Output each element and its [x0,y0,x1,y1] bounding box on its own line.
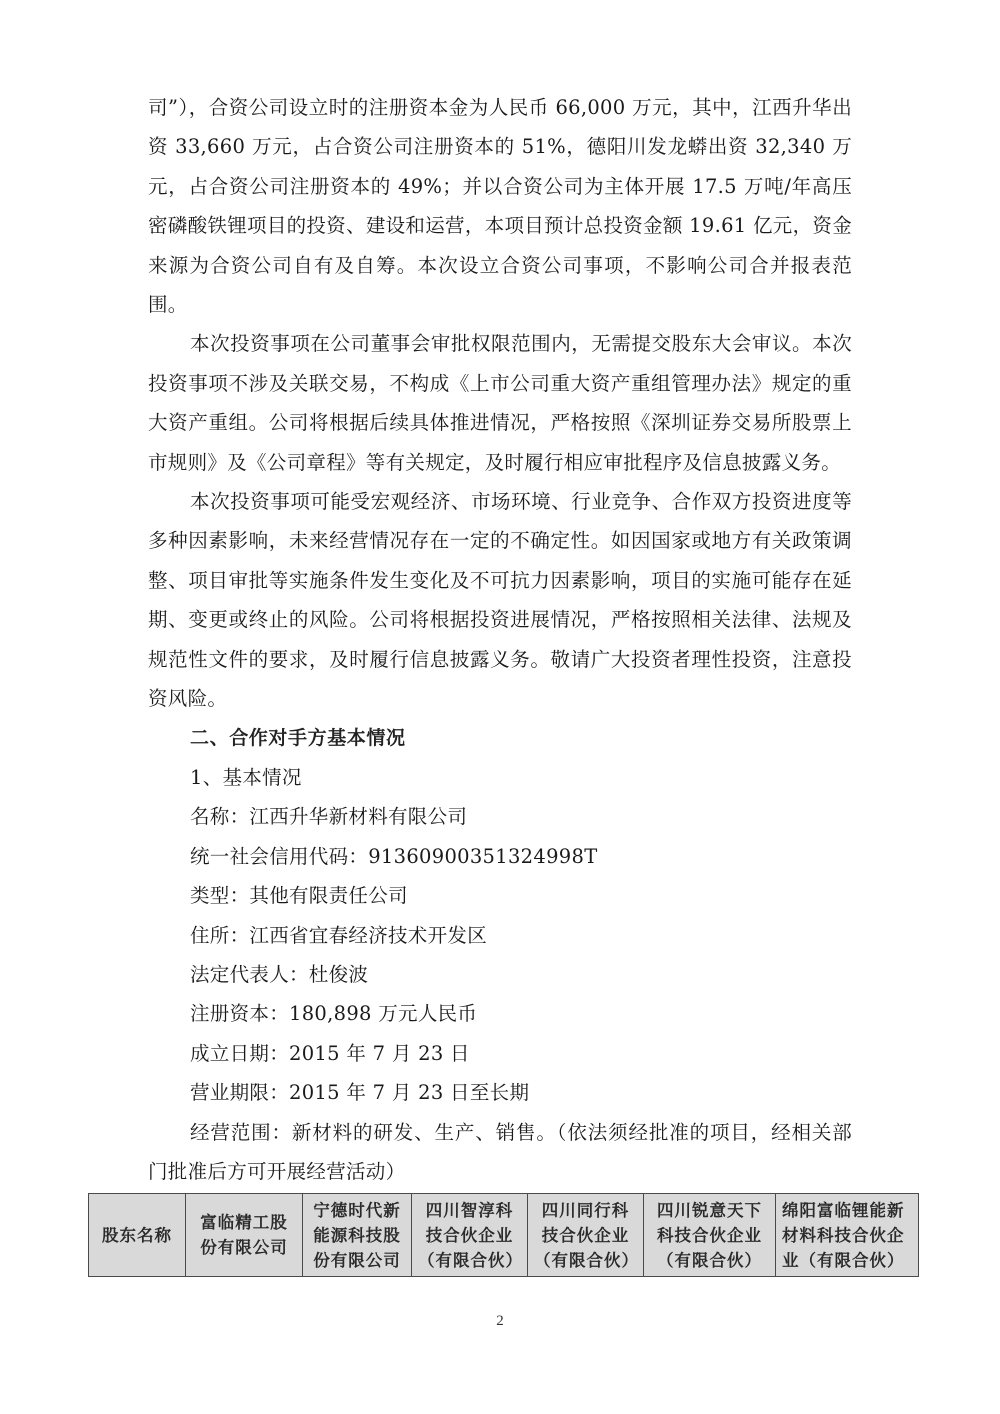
paragraph-joint-venture-capital: 司”），合资公司设立时的注册资本金为人民币 66,000 万元，其中，江西升华出… [148,88,852,324]
field-business-term: 营业期限：2015 年 7 月 23 日至长期 [148,1073,852,1112]
field-company-type: 类型：其他有限责任公司 [148,876,852,915]
table-cell-shareholder: 绵阳富临锂能新材料科技合伙企业（有限合伙） [776,1194,919,1277]
table-cell-shareholder: 四川智淳科技合伙企业（有限合伙） [412,1194,528,1277]
equity-structure-table: 股东名称 富临精工股份有限公司 宁德时代新能源科技股份有限公司 四川智淳科技合伙… [88,1193,919,1277]
table-cell-shareholder: 宁德时代新能源科技股份有限公司 [303,1194,412,1277]
document-page: 司”），合资公司设立时的注册资本金为人民币 66,000 万元，其中，江西升华出… [0,0,1000,1414]
field-credit-code: 统一社会信用代码：91360900351324998T [148,837,852,876]
field-registered-capital: 注册资本：180,898 万元人民币 [148,994,852,1033]
equity-structure-table-container: 股东名称 富临精工股份有限公司 宁德时代新能源科技股份有限公司 四川智淳科技合伙… [88,1193,918,1277]
section-heading-counterparty: 二、合作对手方基本情况 [148,719,852,758]
table-header-shareholder-name: 股东名称 [89,1194,186,1277]
table-cell-shareholder: 富临精工股份有限公司 [186,1194,303,1277]
paragraph-approval-authority: 本次投资事项在公司董事会审批权限范围内，无需提交股东大会审议。本次投资事项不涉及… [148,324,852,482]
table-row: 股东名称 富临精工股份有限公司 宁德时代新能源科技股份有限公司 四川智淳科技合伙… [89,1194,919,1277]
field-legal-representative: 法定代表人：杜俊波 [148,955,852,994]
field-address: 住所：江西省宜春经济技术开发区 [148,916,852,955]
field-business-scope: 经营范围：新材料的研发、生产、销售。（依法须经批准的项目，经相关部门批准后方可开… [148,1113,852,1192]
subsection-basic-info: 1、基本情况 [148,758,852,797]
paragraph-risk-notice: 本次投资事项可能受宏观经济、市场环境、行业竞争、合作双方投资进度等多种因素影响，… [148,482,852,718]
page-number: 2 [0,1313,1000,1330]
table-cell-shareholder: 四川同行科技合伙企业（有限合伙） [528,1194,644,1277]
field-established-date: 成立日期：2015 年 7 月 23 日 [148,1034,852,1073]
field-company-name: 名称：江西升华新材料有限公司 [148,797,852,836]
table-cell-shareholder: 四川锐意天下科技合伙企业（有限合伙） [644,1194,776,1277]
document-body: 司”），合资公司设立时的注册资本金为人民币 66,000 万元，其中，江西升华出… [148,88,852,1231]
